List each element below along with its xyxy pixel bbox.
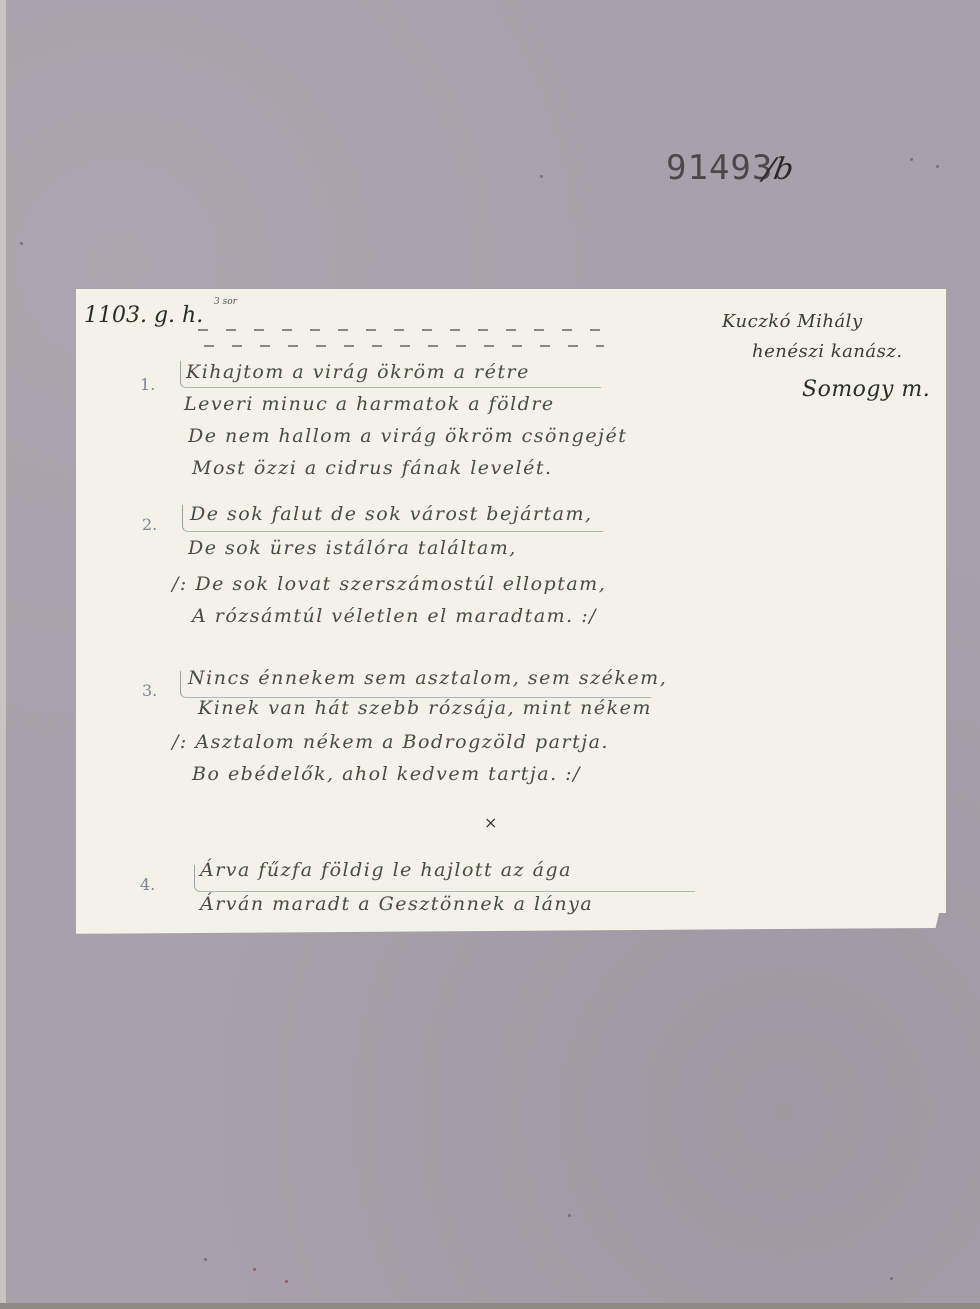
stanza-line: /: De sok lovat szerszámostúl elloptam, bbox=[172, 573, 606, 595]
stanza-line: De nem hallom a virág ökröm csöngejét bbox=[188, 425, 627, 447]
paper-speck bbox=[910, 158, 913, 161]
archive-card: 91493 /b 1103. g. h. 3 sor Kuczkó Mihály… bbox=[0, 0, 980, 1309]
archive-number-suffix: /b bbox=[761, 152, 796, 187]
melody-dash-line bbox=[204, 345, 604, 347]
stanza-line: De sok üres istálóra találtam, bbox=[188, 537, 517, 559]
stanza-line: A rózsámtúl véletlen el maradtam. :/ bbox=[192, 605, 597, 627]
paper-speck bbox=[253, 1268, 256, 1271]
tiny-mark: 3 sor bbox=[214, 297, 237, 307]
stanza-line: Kihajtom a virág ökröm a rétre bbox=[186, 361, 530, 383]
archive-stamp-number: 91493 bbox=[666, 148, 773, 188]
informant-name: Kuczkó Mihály bbox=[722, 311, 863, 332]
stanza-line: De sok falut de sok várost bejártam, bbox=[190, 503, 593, 525]
paper-speck bbox=[20, 242, 23, 245]
card-left-edge bbox=[0, 0, 6, 1309]
card-bottom-edge bbox=[0, 1303, 980, 1309]
stanza-number: 4. bbox=[140, 875, 155, 894]
stanza-number: 1. bbox=[140, 375, 155, 394]
paper-speck bbox=[285, 1280, 288, 1283]
stanza-line: Árva fűzfa földig le hajlott az ága bbox=[200, 859, 572, 881]
stanza-number: 3. bbox=[142, 681, 157, 700]
melody-dash-line bbox=[198, 329, 618, 331]
ink-blot bbox=[200, 933, 240, 936]
informant-occupation: henészi kanász. bbox=[752, 341, 903, 362]
separator-cross: × bbox=[484, 813, 499, 832]
informant-county: Somogy m. bbox=[802, 377, 930, 402]
stanza-line: /: Asztalom nékem a Bodrogzöld partja. bbox=[172, 731, 609, 753]
paper-speck bbox=[204, 1258, 207, 1261]
stanza-line: Most özzi a cidrus fának levelét. bbox=[192, 457, 553, 479]
stanza-line: Nincs énnekem sem asztalom, sem székem, bbox=[188, 667, 667, 689]
stanza-line: Árván maradt a Gesztönnek a lánya bbox=[200, 893, 593, 915]
stanza-line: Bo ebédelők, ahol kedvem tartja. :/ bbox=[192, 763, 581, 785]
paper-speck bbox=[568, 1214, 571, 1217]
stanza-line: Kinek van hát szebb rózsája, mint nékem bbox=[198, 697, 652, 719]
paper-speck bbox=[936, 165, 939, 168]
stanza-number: 2. bbox=[142, 515, 157, 534]
stanza-line: Leveri minuc a harmatok a földre bbox=[184, 393, 555, 415]
handwritten-note: 1103. g. h. 3 sor Kuczkó Mihály henészi … bbox=[76, 289, 946, 939]
reference-number: 1103. g. h. bbox=[84, 303, 203, 328]
paper-speck bbox=[540, 175, 543, 178]
paper-speck bbox=[890, 1277, 893, 1280]
